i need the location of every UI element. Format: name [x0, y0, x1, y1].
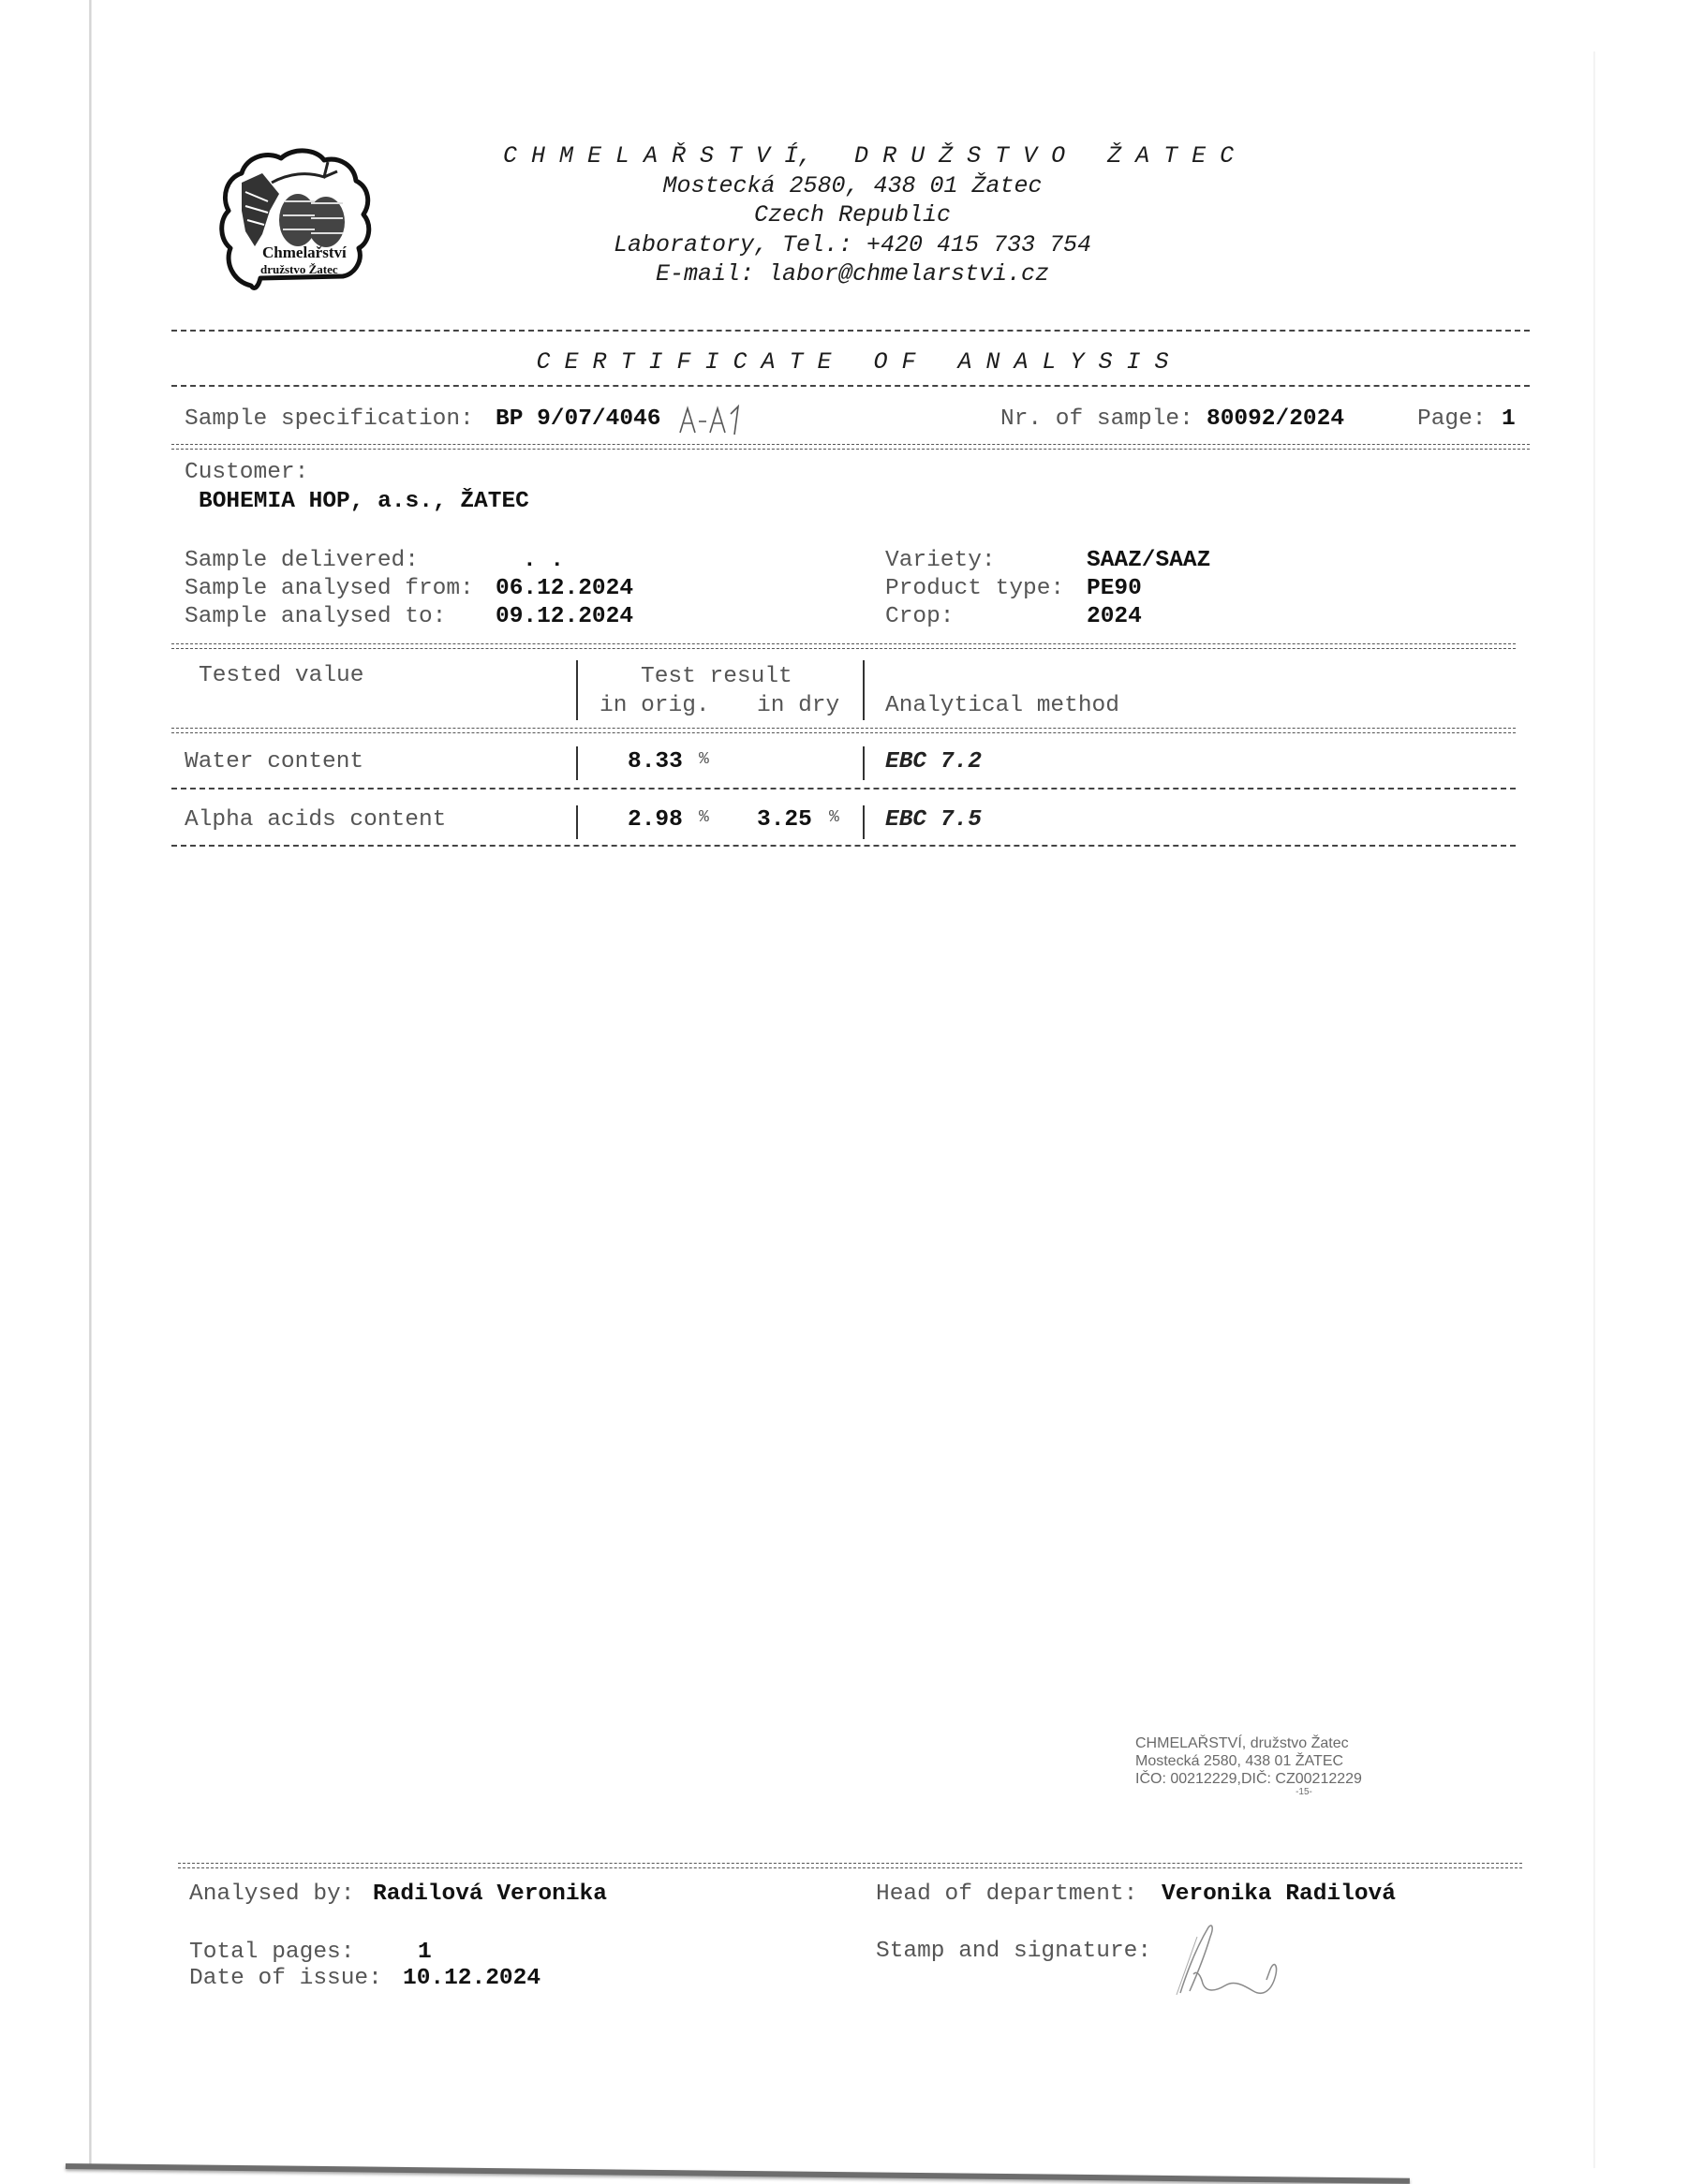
company-logo-icon: Chmelařství družstvo Žatec [214, 145, 378, 304]
product-type-value: PE90 [1087, 578, 1142, 601]
th-analytical-method: Analytical method [885, 695, 1119, 718]
sample-delivered-value: . . [523, 550, 564, 573]
svg-text:družstvo Žatec: družstvo Žatec [260, 262, 338, 276]
separator [171, 385, 1530, 387]
row-alpha-name: Alpha acids content [185, 809, 446, 833]
company-stamp: CHMELAŘSTVÍ, družstvo Žatec Mostecká 258… [1135, 1734, 1362, 1797]
company-country: Czech Republic [525, 203, 1180, 227]
column-divider [863, 746, 865, 780]
company-email: E-mail: labor@chmelarstvi.cz [525, 262, 1180, 286]
th-tested-value: Tested value [199, 665, 363, 688]
svg-text:Chmelařství: Chmelařství [262, 243, 347, 261]
analysed-from-label: Sample analysed from: [185, 578, 474, 601]
row-alpha-dry-unit: % [829, 809, 839, 826]
customer-label: Customer: [185, 462, 308, 485]
crop-value: 2024 [1087, 606, 1142, 629]
signature-icon [1169, 1918, 1314, 2002]
column-divider [576, 660, 578, 720]
separator [171, 788, 1516, 789]
separator [171, 330, 1530, 332]
date-of-issue-value: 10.12.2024 [403, 1968, 540, 1991]
sample-delivered-label: Sample delivered: [185, 550, 419, 573]
document-title: C E R T I F I C A T E O F A N A L Y S I … [525, 350, 1180, 374]
th-in-orig: in orig. [600, 695, 710, 718]
double-separator [178, 1863, 1522, 1868]
row-alpha-orig-unit: % [699, 809, 709, 826]
separator [171, 845, 1516, 847]
crop-label: Crop: [885, 606, 955, 629]
sample-nr-label: Nr. of sample: [1000, 408, 1193, 432]
double-separator [171, 728, 1516, 733]
row-water-orig-unit: % [699, 751, 709, 768]
double-separator [171, 444, 1530, 450]
row-water-method: EBC 7.2 [885, 751, 982, 775]
company-name: C H M E L A Ř S T V Í, D R U Ž S T V O Ž… [503, 144, 1234, 168]
stamp-line3: IČO: 00212229,DIČ: CZ00212229 [1135, 1771, 1362, 1787]
analysed-to-value: 09.12.2024 [496, 606, 633, 629]
date-of-issue-label: Date of issue: [189, 1968, 382, 1991]
analysed-by-value: Radilová Veronika [373, 1883, 607, 1907]
row-alpha-method: EBC 7.5 [885, 809, 982, 833]
page-bottom-edge [66, 2163, 1410, 2184]
stamp-line1: CHMELAŘSTVÍ, družstvo Žatec [1135, 1735, 1349, 1751]
stamp-signature-label: Stamp and signature: [876, 1941, 1151, 1964]
row-water-name: Water content [185, 751, 363, 775]
row-water-orig: 8.33 [628, 751, 683, 775]
stamp-number: -15- [1248, 1788, 1360, 1797]
total-pages-label: Total pages: [189, 1941, 354, 1965]
page-value: 1 [1502, 408, 1516, 432]
analysed-from-value: 06.12.2024 [496, 578, 633, 601]
stamp-line2: Mostecká 2580, 438 01 ŽATEC [1135, 1753, 1343, 1769]
analysed-to-label: Sample analysed to: [185, 606, 446, 629]
row-alpha-dry: 3.25 [757, 809, 812, 833]
page-label: Page: [1417, 408, 1487, 432]
variety-value: SAAZ/SAAZ [1087, 550, 1210, 573]
sample-nr-value: 80092/2024 [1207, 408, 1344, 432]
analysed-by-label: Analysed by: [189, 1883, 354, 1907]
page-edge-left [89, 0, 92, 2169]
column-divider [863, 660, 865, 720]
page-edge-right [1593, 52, 1595, 2168]
variety-label: Variety: [885, 550, 996, 573]
head-of-department-label: Head of department: [876, 1883, 1137, 1907]
sample-spec-label: Sample specification: [185, 408, 474, 432]
sample-spec-value: BP 9/07/4046 [496, 408, 660, 432]
company-lab-phone: Laboratory, Tel.: +420 415 733 754 [525, 233, 1180, 257]
handwritten-note-icon [676, 403, 761, 436]
th-in-dry: in dry [757, 695, 839, 718]
product-type-label: Product type: [885, 578, 1064, 601]
th-test-result: Test result [641, 666, 792, 689]
company-address: Mostecká 2580, 438 01 Žatec [525, 174, 1180, 198]
column-divider [576, 746, 578, 780]
head-of-department-value: Veronika Radilová [1162, 1883, 1396, 1907]
customer-value: BOHEMIA HOP, a.s., ŽATEC [199, 491, 529, 514]
total-pages-value: 1 [418, 1941, 432, 1965]
column-divider [863, 805, 865, 839]
double-separator [171, 643, 1516, 649]
column-divider [576, 805, 578, 839]
row-alpha-orig: 2.98 [628, 809, 683, 833]
